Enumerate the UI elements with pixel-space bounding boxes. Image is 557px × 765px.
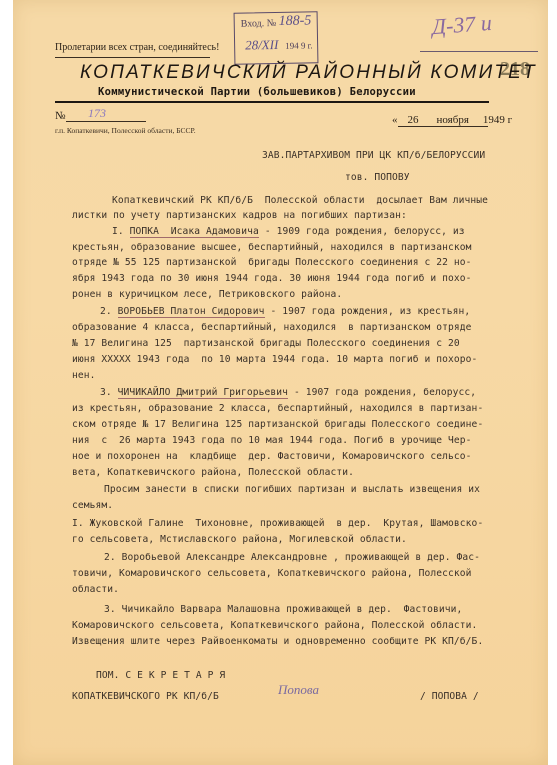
person-number: 2. [100, 306, 112, 317]
person-number: I. [112, 226, 124, 237]
person-line: отряде № 55 125 партизанской бригады Пол… [72, 257, 472, 268]
family-line: го сельсовета, Мстиславского района, Мог… [72, 534, 407, 545]
person-line: № 17 Велигина 125 партизанской бригады П… [72, 338, 460, 349]
person-line: ском отряде № 17 Велигина 125 партизанск… [72, 419, 483, 430]
family-line: Извещения шлите через Райвоенкоматы и од… [72, 636, 483, 647]
person-line: ное и похоронен на кладбище дер. Фастови… [72, 451, 472, 462]
person-number: 3. [100, 387, 112, 398]
signoff-title: ПОМ. С Е К Р Е Т А Р Я [96, 670, 225, 681]
person-name: ВОРОБЬЕВ Платон Сидорович [118, 306, 265, 318]
handwritten-signature: Попова [278, 682, 319, 698]
document-number-label: № [55, 110, 66, 122]
person-line: ронен в куричицком лесе, Петриковского р… [72, 289, 342, 300]
person-name: ЧИЧИКАЙЛО Дмитрий Григорьевич [118, 387, 288, 399]
person-line: крестьян, образование высшее, беспартийн… [72, 242, 472, 253]
family-line: I. Жуковской Галине Тихоновне, проживающ… [72, 518, 483, 529]
person-entry-3: 3. ЧИЧИКАЙЛО Дмитрий Григорьевич - 1907 … [100, 387, 476, 398]
person-line: из крестьян, образование 2 класса, беспа… [72, 403, 483, 414]
person-entry-1: I. ПОПКА Исака Адамовича - 1909 года рож… [112, 226, 465, 237]
person-line: июня XXXXX 1943 года по 10 марта 1944 го… [72, 354, 477, 365]
person-line: ния с 26 марта 1943 года по 10 мая 1944 … [72, 435, 472, 446]
family-line: 3. Чичикайло Варвара Малашовна проживающ… [104, 604, 462, 615]
family-line: 2. Воробьевой Александре Александровне ,… [104, 552, 480, 563]
letter-body: Копаткевичский РК КП/б/Б Полесской облас… [72, 0, 548, 765]
request-line: семьям. [72, 500, 113, 511]
signoff-name: / ПОПОВА / [420, 691, 479, 702]
family-line: товичи, Комаровичского сельсовета, Копат… [72, 568, 472, 579]
person-name: ПОПКА Исака Адамовича [130, 226, 259, 238]
request-line: Просим занести в списки погибших партиза… [104, 484, 480, 495]
family-line: Комаровичского сельсовета, Копаткевичско… [72, 620, 477, 631]
person-line: ября 1943 года по 30 июня 1944 года. 30 … [72, 273, 472, 284]
family-line: области. [72, 584, 119, 595]
signoff-organization: КОПАТКЕВИЧСКОГО РК КП/б/Б [72, 691, 219, 702]
person-line: вета, Копаткевичского района, Полесской … [72, 467, 354, 478]
person-entry-2: 2. ВОРОБЬЕВ Платон Сидорович - 1907 года… [100, 306, 470, 317]
person-line: образование 4 класса, беспартийный, нахо… [72, 322, 472, 333]
intro-line: Копаткевичский РК КП/б/Б Полесской облас… [112, 195, 488, 206]
person-line: нен. [72, 370, 96, 381]
intro-line: листки по учету партизанских кадров на п… [72, 210, 407, 221]
